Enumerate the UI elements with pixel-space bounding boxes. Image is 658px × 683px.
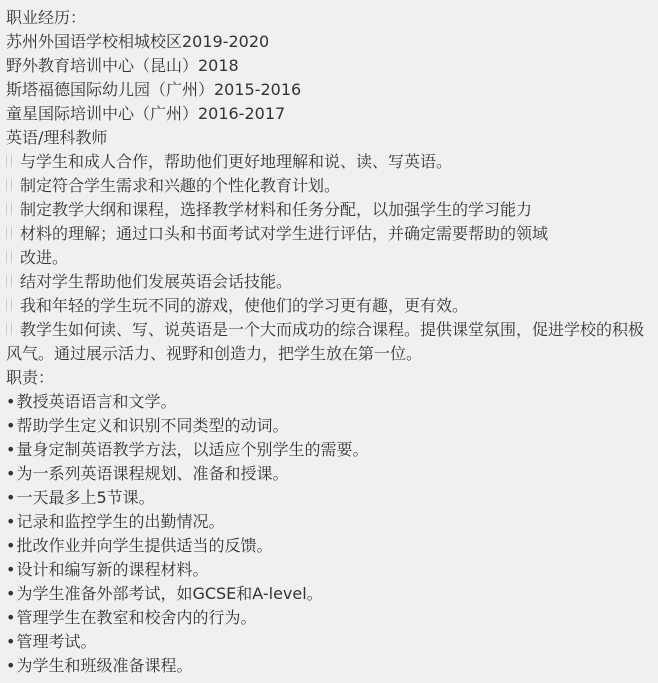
bullet-icon: •	[6, 582, 15, 606]
duty-item: 与学生和成人合作，帮助他们更好地理解和说、读、写英语。	[6, 150, 658, 174]
responsibility-text: 为学生准备外部考试，如GCSE和A-level。	[16, 584, 322, 603]
responsibility-item: •教授英语语言和文学。	[6, 390, 658, 414]
duty-item: 教学生如何读、写、说英语是一个大而成功的综合课程。提供课堂氛围，促进学校的积极风…	[0, 318, 658, 366]
bullet-icon: •	[6, 630, 15, 654]
duty-text: 与学生和成人合作，帮助他们更好地理解和说、读、写英语。	[20, 152, 452, 171]
responsibility-text: 为学生和班级准备课程。	[16, 656, 192, 675]
responsibility-item: •帮助学生定义和识别不同类型的动词。	[6, 414, 658, 438]
responsibility-item: •为学生准备外部考试，如GCSE和A-level。	[6, 582, 658, 606]
duty-text: 制定教学大纲和课程，选择教学材料和任务分配，以加强学生的学习能力	[20, 200, 532, 219]
responsibility-text: 批改作业并向学生提供适当的反馈。	[16, 536, 272, 555]
bullet-icon: •	[6, 390, 15, 414]
bullet-icon: •	[6, 654, 15, 678]
missing-glyph-box-icon	[6, 273, 16, 289]
job-entry: 野外教育培训中心（昆山）2018	[6, 54, 658, 78]
duty-text: 制定符合学生需求和兴趣的个性化教育计划。	[20, 176, 340, 195]
responsibility-item: •设计和编写新的课程材料。	[6, 558, 658, 582]
bullet-icon: •	[6, 534, 15, 558]
duty-text: 我和年轻的学生玩不同的游戏，使他们的学习更有趣，更有效。	[20, 296, 468, 315]
responsibility-text: 帮助学生定义和识别不同类型的动词。	[16, 416, 288, 435]
duty-item: 我和年轻的学生玩不同的游戏，使他们的学习更有趣，更有效。	[6, 294, 658, 318]
duty-item: 改进。	[6, 246, 658, 270]
role-title: 英语/理科教师	[6, 126, 658, 150]
missing-glyph-box-icon	[6, 225, 16, 241]
duty-item: 材料的理解；通过口头和书面考试对学生进行评估，并确定需要帮助的领域	[6, 222, 658, 246]
responsibility-item: •批改作业并向学生提供适当的反馈。	[6, 534, 658, 558]
duty-item: 结对学生帮助他们发展英语会话技能。	[6, 270, 658, 294]
missing-glyph-box-icon	[6, 201, 16, 217]
job-entry: 苏州外国语学校相城校区2019-2020	[6, 30, 658, 54]
responsibility-text: 记录和监控学生的出勤情况。	[16, 512, 224, 531]
duty-text: 结对学生帮助他们发展英语会话技能。	[20, 272, 292, 291]
duty-item: 制定符合学生需求和兴趣的个性化教育计划。	[6, 174, 658, 198]
responsibility-text: 教授英语语言和文学。	[16, 392, 176, 411]
responsibility-text: 管理学生在教室和校舍内的行为。	[16, 608, 256, 627]
bullet-icon: •	[6, 510, 15, 534]
duty-text: 改进。	[20, 248, 68, 267]
responsibility-item: •为一系列英语课程规划、准备和授课。	[6, 462, 658, 486]
bullet-icon: •	[6, 486, 15, 510]
responsibilities-heading: 职责：	[6, 366, 658, 390]
job-entry: 童星国际培训中心（广州）2016-2017	[6, 102, 658, 126]
responsibility-text: 设计和编写新的课程材料。	[16, 560, 208, 579]
responsibility-item: •管理考试。	[6, 630, 658, 654]
responsibility-text: 为一系列英语课程规划、准备和授课。	[16, 464, 288, 483]
responsibility-item: •一天最多上5节课。	[6, 486, 658, 510]
responsibility-text: 一天最多上5节课。	[16, 488, 154, 507]
responsibility-item: •为学生和班级准备课程。	[6, 654, 658, 678]
bullet-icon: •	[6, 462, 15, 486]
missing-glyph-box-icon	[6, 297, 16, 313]
job-entry: 斯塔福德国际幼儿园（广州）2015-2016	[6, 78, 658, 102]
responsibility-item: •量身定制英语教学方法，以适应个别学生的需要。	[6, 438, 658, 462]
experience-heading: 职业经历：	[6, 6, 658, 30]
responsibility-item: •记录和监控学生的出勤情况。	[6, 510, 658, 534]
responsibility-text: 量身定制英语教学方法，以适应个别学生的需要。	[16, 440, 368, 459]
responsibility-item: •管理学生在教室和校舍内的行为。	[6, 606, 658, 630]
duty-text: 材料的理解；通过口头和书面考试对学生进行评估，并确定需要帮助的领域	[20, 224, 548, 243]
bullet-icon: •	[6, 558, 15, 582]
missing-glyph-box-icon	[6, 321, 16, 337]
missing-glyph-box-icon	[6, 177, 16, 193]
duty-item: 制定教学大纲和课程，选择教学材料和任务分配，以加强学生的学习能力	[6, 198, 658, 222]
resume-document: 职业经历： 苏州外国语学校相城校区2019-2020 野外教育培训中心（昆山）2…	[0, 0, 658, 678]
bullet-icon: •	[6, 414, 15, 438]
missing-glyph-box-icon	[6, 249, 16, 265]
bullet-icon: •	[6, 438, 15, 462]
missing-glyph-box-icon	[6, 153, 16, 169]
responsibility-text: 管理考试。	[16, 632, 96, 651]
duty-text: 教学生如何读、写、说英语是一个大而成功的综合课程。提供课堂氛围，促进学校的积极风…	[6, 320, 644, 363]
bullet-icon: •	[6, 606, 15, 630]
